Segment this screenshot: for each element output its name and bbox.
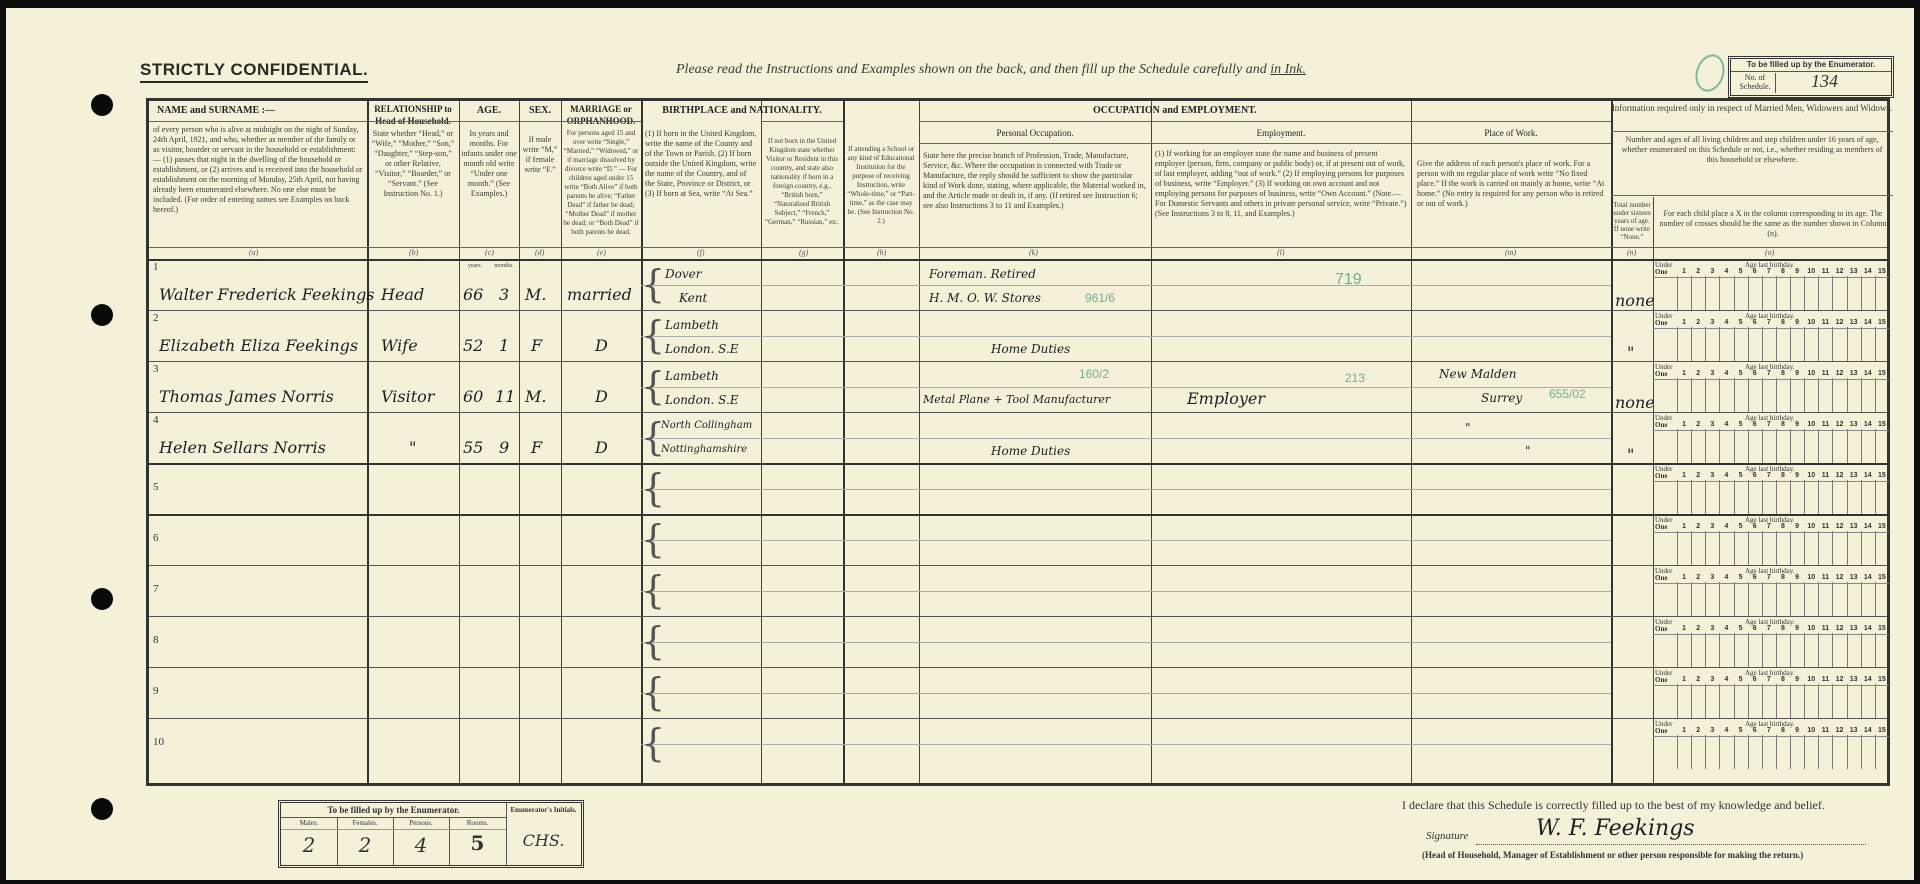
children-count: " (1627, 343, 1634, 362)
row-number: 6 (153, 532, 159, 544)
row-number: 8 (153, 634, 159, 646)
declaration-text: I declare that this Schedule is correctl… (1402, 798, 1825, 813)
col-n-instructions: Total number under sixteen years of age.… (1613, 201, 1651, 245)
age-years: 55 (463, 438, 483, 457)
signature-note: (Head of Household, Manager of Establish… (1422, 850, 1803, 860)
occupation-code: 160/2 (1079, 367, 1109, 381)
occupation-detail: Home Duties (991, 444, 1070, 458)
birthplace-county: Nottinghamshire (661, 444, 747, 455)
birthplace-county: London. S.E (665, 393, 739, 407)
birthplace-town: Lambeth (665, 369, 719, 383)
person-name: Helen Sellars Norris (159, 438, 326, 457)
col-k-title: Personal Occupation. (919, 127, 1151, 139)
birthplace-town: Lambeth (665, 318, 719, 332)
col-f-instructions: (1) If born in the United Kingdom, write… (645, 129, 757, 245)
occupation-code: 961/6 (1085, 291, 1115, 305)
person-name: Elizabeth Eliza Feekings (159, 336, 358, 355)
col-l-instructions: (1) If working for an employer state the… (1155, 149, 1407, 245)
males-count: 2 (281, 833, 337, 857)
employment-code: 213 (1345, 371, 1365, 385)
age-grid: UnderOneAge last birthday.12345678910111… (1653, 465, 1889, 514)
sex: M. (525, 387, 546, 406)
age-years: 60 (463, 387, 483, 406)
persons-count: 4 (393, 833, 449, 857)
rooms-count: 5 (449, 831, 506, 855)
census-schedule-page: STRICTLY CONFIDENTIAL. Please read the I… (6, 8, 1914, 880)
col-b-instructions: State whether “Head,” or “Wife,” “Mother… (371, 129, 455, 245)
age-grid: UnderOneAge last birthday.12345678910111… (1653, 567, 1889, 616)
punch-hole (91, 94, 113, 116)
col-a-title: NAME and SURNAME :— (149, 105, 375, 117)
sex: F (531, 438, 542, 457)
relationship: Visitor (381, 387, 434, 406)
sex: M. (525, 285, 546, 304)
age-grid: UnderOneAge last birthday.12345678910111… (1653, 312, 1889, 361)
relationship: " (409, 438, 416, 457)
females-count: 2 (337, 833, 393, 857)
enumerator-summary-box: To be filled up by the Enumerator. Males… (278, 800, 584, 868)
col-k-instructions: State here the precise branch of Profess… (923, 151, 1147, 245)
schedule-number: 134 (1811, 71, 1838, 92)
married-instructions: Number and ages of all living children a… (1615, 135, 1889, 191)
col-l-title: Employment. (1151, 127, 1411, 139)
children-count: none (1615, 291, 1655, 310)
occupation: Foreman. Retired (929, 267, 1036, 281)
birthplace-county: Kent (679, 291, 707, 305)
age-grid: UnderOneAge last birthday.12345678910111… (1653, 720, 1889, 769)
children-count: " (1627, 445, 1634, 464)
col-o-instructions: For each child place a X in the column c… (1659, 209, 1887, 245)
sex: F (531, 336, 542, 355)
occupation-detail: Metal Plane + Tool Manufacturer (923, 393, 1110, 406)
children-count: none (1615, 393, 1655, 412)
age-grid: UnderOneAge last birthday.12345678910111… (1653, 363, 1889, 412)
instructions-note: Please read the Instructions and Example… (676, 62, 1306, 78)
birthplace-town: North Collingham (661, 420, 752, 431)
place-of-work: New Malden (1439, 367, 1516, 381)
col-a-instructions: of every person who is alive at midnight… (153, 125, 363, 245)
punch-hole (91, 798, 113, 820)
census-table: NAME and SURNAME :— RELATIONSHIP to Head… (146, 98, 1890, 786)
age-months: 11 (495, 387, 515, 406)
col-g-instructions: If not born in the United Kingdom state … (763, 137, 841, 245)
enumerator-mark (1691, 51, 1729, 96)
marriage-status: D (595, 387, 608, 406)
birthplace-town: Dover (665, 267, 701, 281)
col-h-instructions: If attending a School or any kind of Edu… (846, 145, 916, 245)
occupation-detail: Home Duties (991, 342, 1070, 356)
age-grid: UnderOneAge last birthday.12345678910111… (1653, 516, 1889, 565)
person-name: Walter Frederick Feekings (159, 285, 375, 304)
row-number: 10 (153, 736, 164, 748)
col-m-title: Place of Work. (1411, 127, 1611, 139)
age-grid: UnderOneAge last birthday.12345678910111… (1653, 618, 1889, 667)
age-years: 52 (463, 336, 483, 355)
row-number: 7 (153, 583, 159, 595)
employment-code: 719 (1335, 271, 1362, 289)
person-name: Thomas James Norris (159, 387, 334, 406)
relationship: Wife (381, 336, 418, 355)
signature-label: Signature (1426, 830, 1468, 842)
row-number: 9 (153, 685, 159, 697)
age-months: 3 (499, 285, 509, 304)
schedule-number-box: To be filled up by the Enumerator. No. o… (1728, 56, 1894, 98)
col-d-title: SEX. (519, 105, 561, 117)
signature-line (1476, 844, 1866, 845)
place-of-work-county: Surrey (1481, 391, 1522, 405)
place-code: 655/02 (1549, 387, 1586, 401)
place-of-work: " (1465, 421, 1471, 435)
col-c-title: AGE. (459, 105, 519, 117)
punch-hole (91, 304, 113, 326)
col-e-title: MARRIAGE or ORPHANHOOD. (561, 103, 641, 127)
col-d-instructions: If male write “M,” if female write “F.” (521, 135, 559, 245)
col-c-instructions: In years and months. For infants under o… (461, 129, 517, 245)
signature: W. F. Feekings (1536, 816, 1695, 841)
enumerator-initials: CHS. (506, 831, 581, 850)
age-months: 1 (499, 336, 509, 355)
col-m-instructions: Give the address of each person's place … (1417, 159, 1607, 245)
marriage-status: married (567, 285, 632, 304)
age-years: 66 (463, 285, 483, 304)
age-grid: UnderOneAge last birthday.12345678910111… (1653, 669, 1889, 718)
birthplace-county: London. S.E (665, 342, 739, 356)
col-b-title: RELATIONSHIP to Head of Household. (367, 103, 459, 127)
birthplace-title: BIRTHPLACE and NATIONALITY. (641, 105, 843, 117)
relationship: Head (381, 285, 424, 304)
married-title: Information required only in respect of … (1611, 103, 1893, 113)
age-months: 9 (499, 438, 509, 457)
col-e-instructions: For persons aged 15 and over write “Sing… (563, 129, 639, 245)
row-number: 5 (153, 481, 159, 493)
marriage-status: D (595, 336, 608, 355)
occupation-detail: H. M. O. W. Stores (929, 291, 1041, 305)
marriage-status: D (595, 438, 608, 457)
punch-hole (91, 588, 113, 610)
age-grid: UnderOneAge last birthday.12345678910111… (1653, 261, 1889, 310)
employment-status: Employer (1187, 389, 1265, 408)
place-of-work-county: " (1525, 444, 1531, 458)
age-grid: UnderOneAge last birthday.12345678910111… (1653, 414, 1889, 463)
page-title: STRICTLY CONFIDENTIAL. (140, 60, 368, 83)
